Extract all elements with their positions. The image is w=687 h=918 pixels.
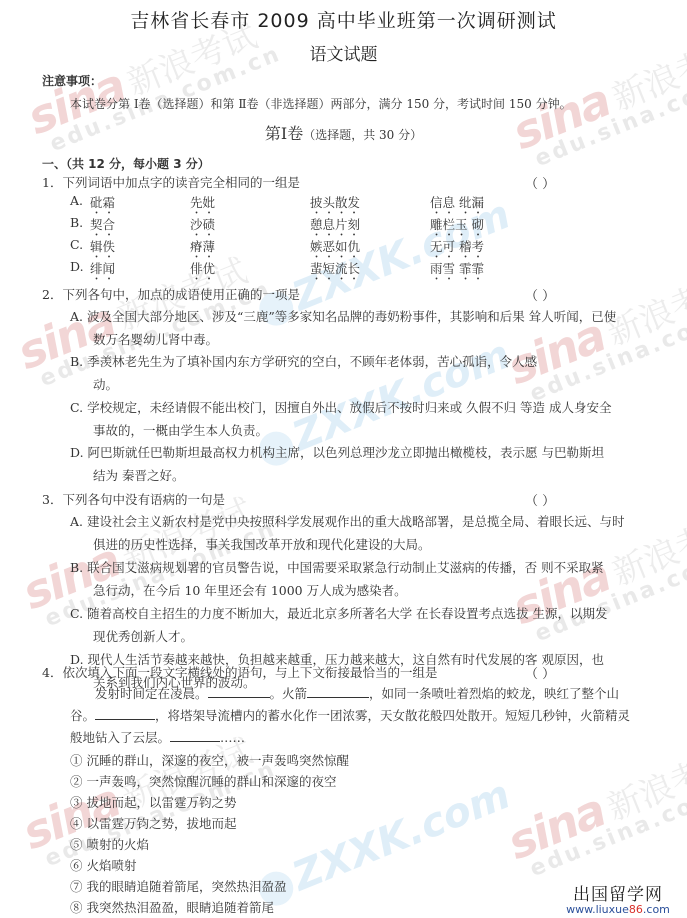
q4-item: ⑧ 我突然热泪盈盈，眼睛追随着箭尾 <box>70 898 274 916</box>
q4-final-layout: ⑦ 我的眼睛追随着箭尾，突然热泪盈盈⑧ 我突然热泪盈盈，眼睛追随着箭尾 <box>0 0 687 918</box>
q4-item: ⑦ 我的眼睛追随着箭尾，突然热泪盈盈 <box>70 877 286 895</box>
